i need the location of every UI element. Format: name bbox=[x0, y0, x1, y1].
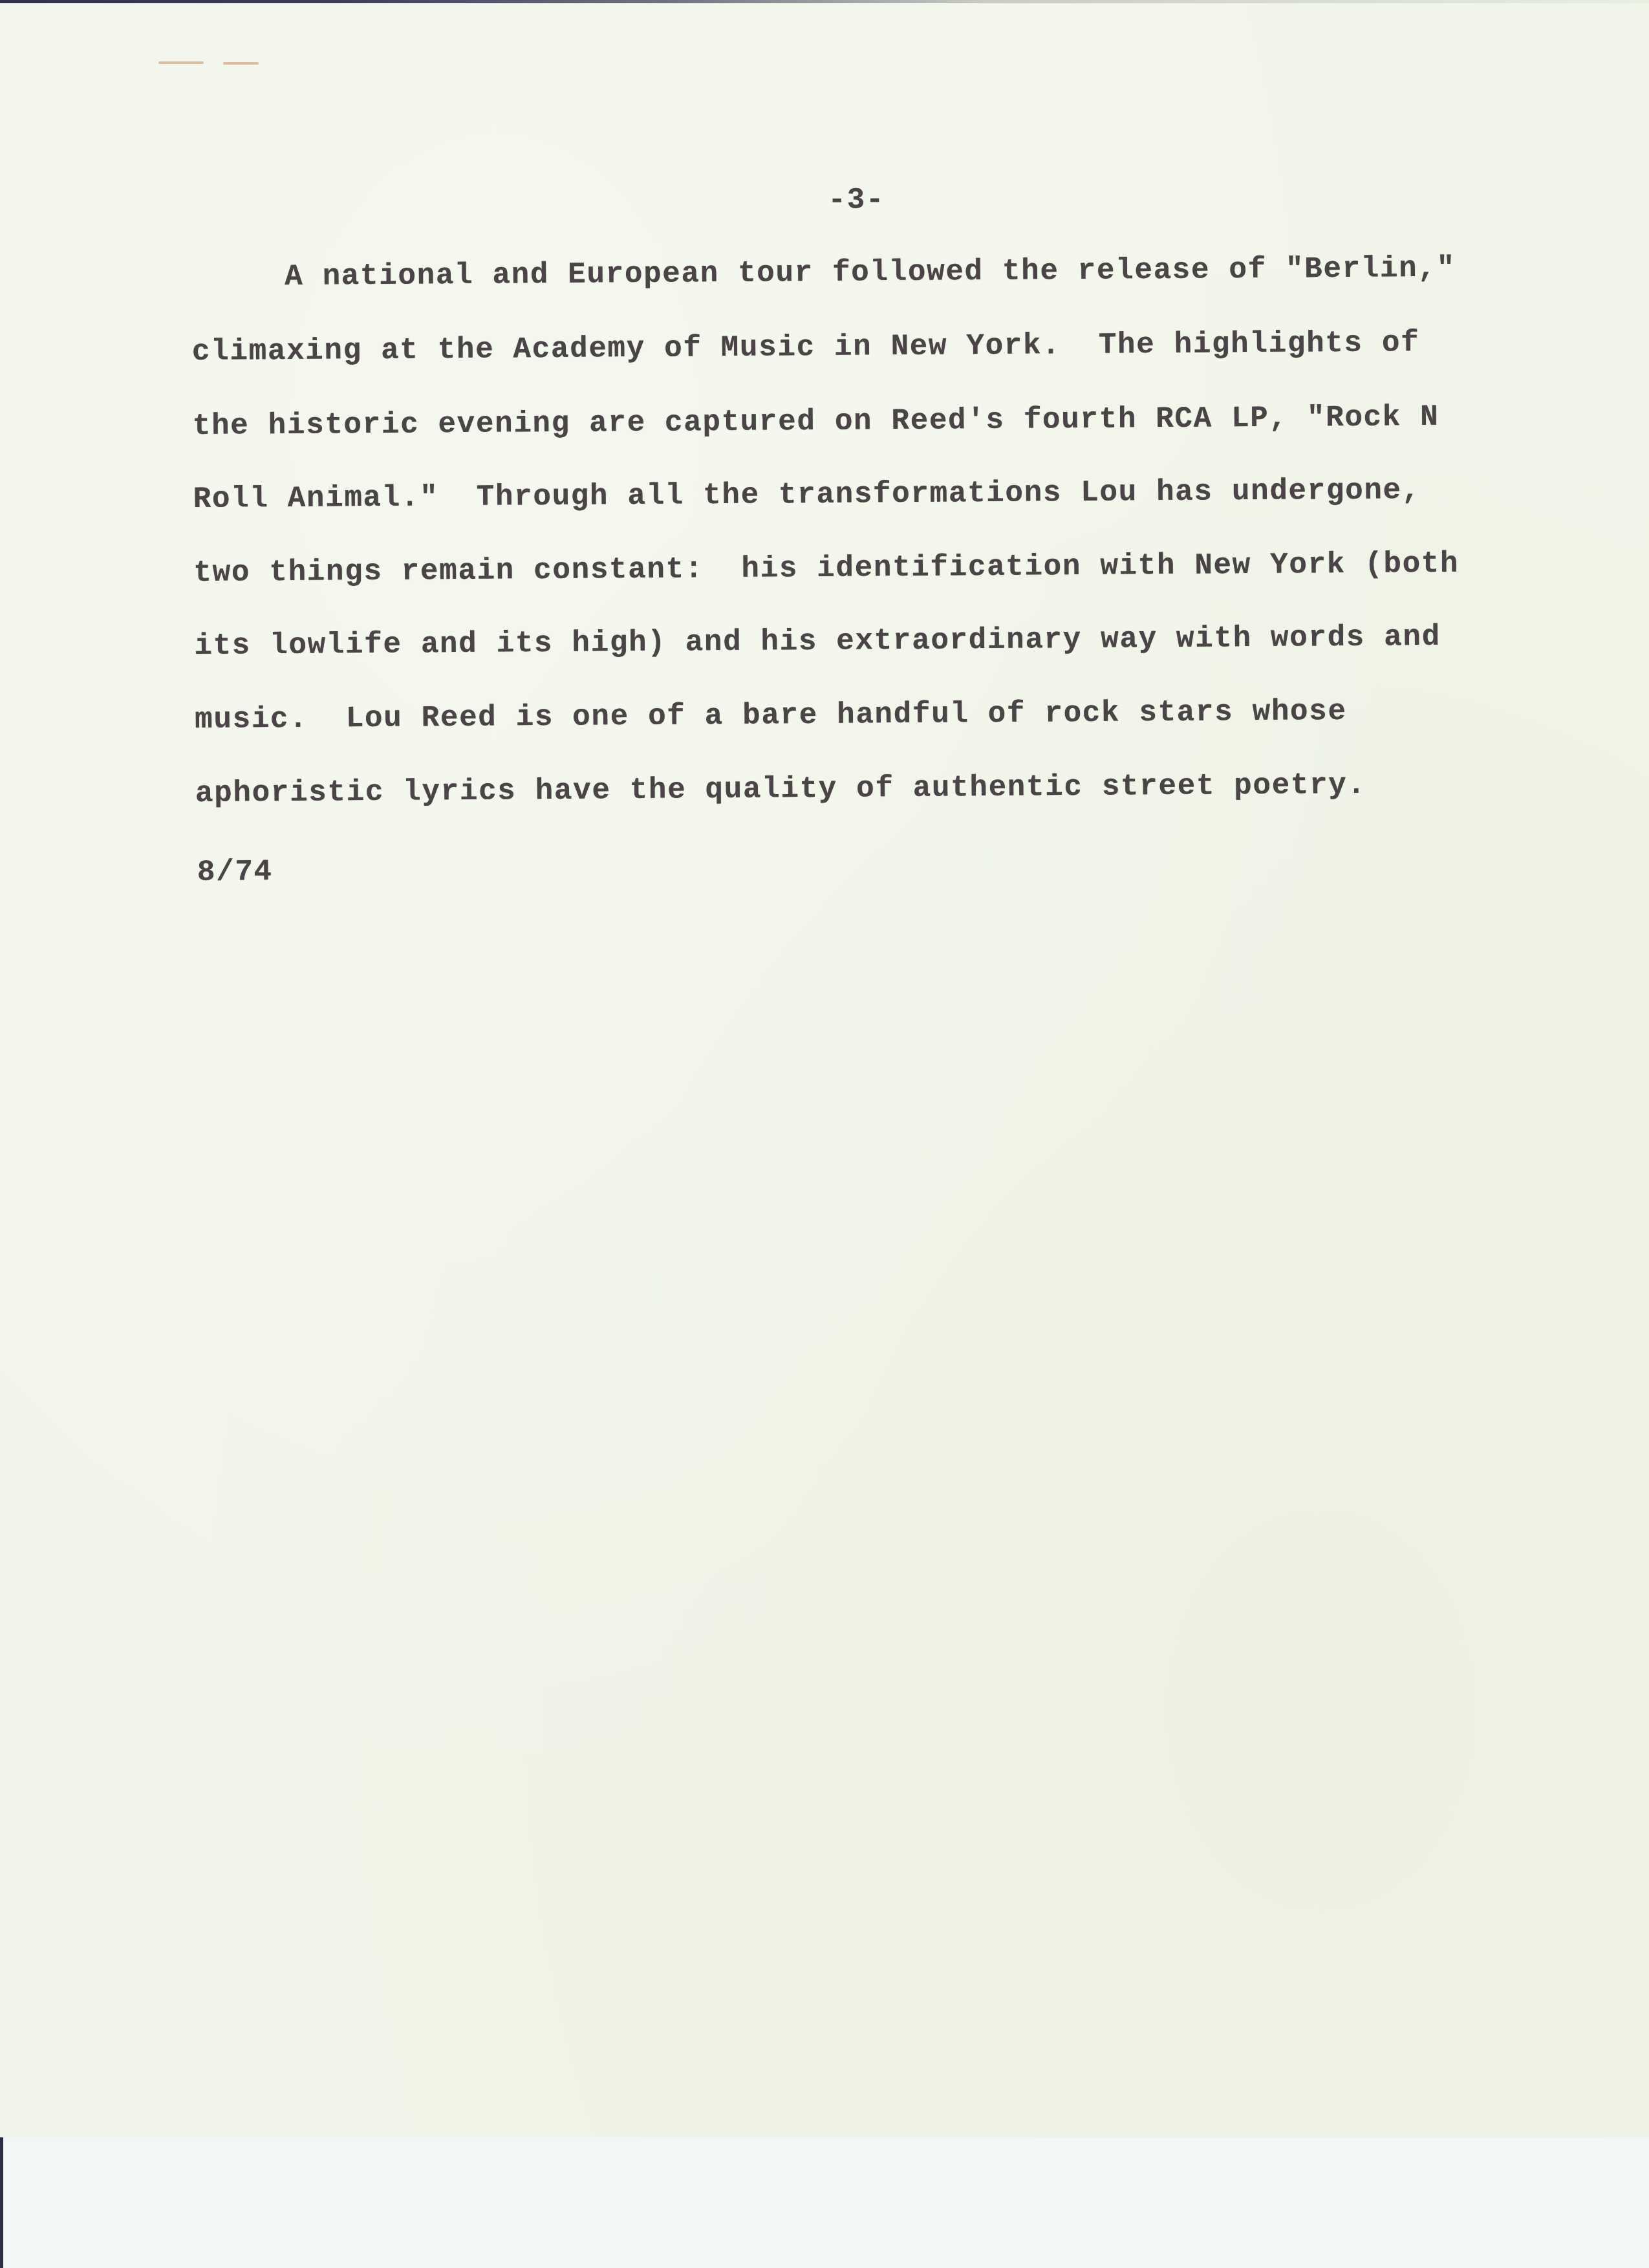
paragraph-line: its lowlife and its high) and his extrao… bbox=[194, 620, 1441, 663]
paragraph-line: music. Lou Reed is one of a bare handful… bbox=[195, 695, 1347, 737]
scanner-bed bbox=[0, 2137, 1649, 2268]
typed-text-block: -3- A national and European tour followe… bbox=[0, 0, 1649, 975]
paragraph-line: climaxing at the Academy of Music in New… bbox=[192, 326, 1420, 369]
page-number: -3- bbox=[0, 178, 1648, 224]
typewritten-page: -3- A national and European tour followe… bbox=[0, 3, 1649, 2137]
dateline: 8/74 bbox=[197, 855, 273, 889]
paragraph-line: two things remain constant: his identifi… bbox=[193, 547, 1459, 590]
paragraph-line: A national and European tour followed th… bbox=[285, 252, 1456, 294]
scanner-left-edge bbox=[0, 2137, 3, 2268]
paragraph-line: aphoristic lyrics have the quality of au… bbox=[195, 768, 1366, 810]
paragraph-line: Roll Animal." Through all the transforma… bbox=[193, 473, 1421, 516]
paragraph-line: the historic evening are captured on Ree… bbox=[193, 400, 1439, 443]
